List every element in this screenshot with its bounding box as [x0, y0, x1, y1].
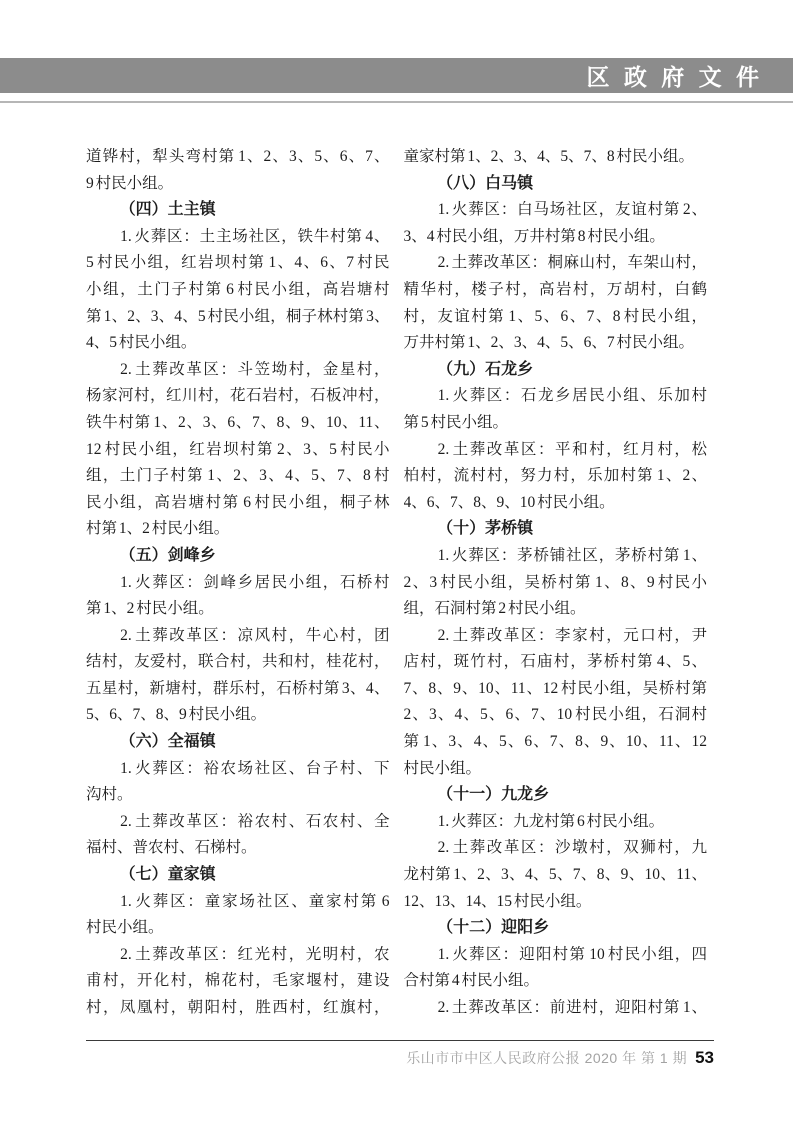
text-line: 5、6、7、8、9 村民小组。: [86, 702, 390, 729]
text-line: 2. 土葬改革区：沙墩村，双狮村，九: [404, 835, 708, 862]
text-line: 2. 土葬改革区：桐麻山村，车架山村，: [404, 250, 708, 277]
footer-rule: [86, 1040, 714, 1041]
text-line: 12、13、14、15 村民小组。: [404, 889, 708, 916]
text-line: 2. 土葬改革区：李家村，元口村，尹: [404, 623, 708, 650]
text-line: 2、3、4、5、6、7、10 村民小组，石洞村: [404, 702, 708, 729]
text-line: 2. 土葬改革区：前进村，迎阳村第 1、: [404, 995, 708, 1022]
text-line: 村，凤凰村，朝阳村，胜西村，红旗村，: [86, 995, 390, 1022]
text-line: 组，土门子村第 1、2、3、4、5、7、8 村: [86, 463, 390, 490]
text-line: 2. 土葬改革区：裕农村、石农村、全: [86, 809, 390, 836]
text-line: （十二）迎阳乡: [404, 915, 708, 942]
text-line: 第 1、2 村民小组。: [86, 596, 390, 623]
text-line: 村，友谊村第 1、5、6、7、8 村民小组，: [404, 304, 708, 331]
footer-journal: 乐山市市中区人民政府公报 2020 年 第 1 期: [406, 1050, 687, 1066]
text-line: 村民小组。: [86, 915, 390, 942]
text-line: 万井村第 1、2、3、4、5、6、7 村民小组。: [404, 330, 708, 357]
text-line: 1. 火葬区：九龙村第 6 村民小组。: [404, 809, 708, 836]
text-line: 村民小组。: [404, 756, 708, 783]
text-line: 柏村，流村村，努力村，乐加村第 1、2、3、: [404, 463, 708, 490]
text-line: 1. 火葬区：茅桥铺社区，茅桥村第 1、: [404, 543, 708, 570]
text-line: 第 1、3、4、5、6、7、8、9、10、11、12: [404, 729, 708, 756]
text-line: 7、8、9、10、11、12 村民小组，吴桥村第: [404, 676, 708, 703]
text-line: 2、3 村民小组，吴桥村第 1、8、9 村民小: [404, 570, 708, 597]
text-column-right: 童家村第 1、2、3、4、5、7、8 村民小组。 （八）白马镇 1. 火葬区：白…: [404, 144, 708, 1022]
text-line: （八）白马镇: [404, 171, 708, 198]
header-rule: [0, 101, 793, 103]
text-line: （四）土主镇: [86, 197, 390, 224]
text-line: 2. 土葬改革区：红光村，光明村，农: [86, 942, 390, 969]
text-line: 道铧村，犁头弯村第 1、2、3、5、6、7、8、: [86, 144, 390, 171]
text-line: 合村第 4 村民小组。: [404, 968, 708, 995]
document-body: 道铧村，犁头弯村第 1、2、3、5、6、7、8、 9 村民小组。 （四）土主镇 …: [86, 144, 707, 1022]
text-line: 小组，土门子村第 6 村民小组，高岩塘村: [86, 277, 390, 304]
footer-page-number: 53: [695, 1048, 714, 1067]
text-line: 12 村民小组，红岩坝村第 2、3、5 村民小: [86, 437, 390, 464]
text-line: 4、6、7、8、9、10 村民小组。: [404, 490, 708, 517]
text-line: 5 村民小组，红岩坝村第 1、4、6、7 村民: [86, 250, 390, 277]
text-line: 2. 土葬改革区：斗笠坳村，金星村，: [86, 357, 390, 384]
text-line: 1. 火葬区：剑峰乡居民小组，石桥村: [86, 570, 390, 597]
text-line: 龙村第 1、2、3、4、5、7、8、9、10、11、: [404, 862, 708, 889]
text-line: 第 5 村民小组。: [404, 410, 708, 437]
text-line: 第 1、2、3、4、5 村民小组，桐子林村第 3、: [86, 304, 390, 331]
text-line: 村第 1、2 村民小组。: [86, 516, 390, 543]
text-line: 店村，斑竹村，石庙村，茅桥村第 4、5、6、: [404, 649, 708, 676]
text-line: 结村，友爱村，联合村，共和村，桂花村，: [86, 649, 390, 676]
text-line: （五）剑峰乡: [86, 543, 390, 570]
text-line: 1. 火葬区：土主场社区，铁牛村第 4、: [86, 224, 390, 251]
text-line: 沟村。: [86, 782, 390, 809]
text-line: 精华村，楼子村，高岩村，万胡村，白鹤: [404, 277, 708, 304]
text-line: （七）童家镇: [86, 862, 390, 889]
text-line: 1. 火葬区：裕农场社区、台子村、下: [86, 756, 390, 783]
text-line: 铁牛村第 1、2、3、6、7、8、9、10、11、: [86, 410, 390, 437]
text-line: （十一）九龙乡: [404, 782, 708, 809]
text-line: 1. 火葬区：石龙乡居民小组、乐加村: [404, 383, 708, 410]
text-line: 民小组，高岩塘村第 6 村民小组，桐子林: [86, 490, 390, 517]
document-page: 区 政 府 文 件 道铧村，犁头弯村第 1、2、3、5、6、7、8、 9 村民小…: [0, 0, 793, 1122]
text-line: （九）石龙乡: [404, 357, 708, 384]
text-line: 2. 土葬改革区：凉风村，牛心村，团: [86, 623, 390, 650]
text-line: 杨家河村，红川村，花石岩村，石板冲村，: [86, 383, 390, 410]
text-line: 1. 火葬区：白马场社区，友谊村第 2、: [404, 197, 708, 224]
text-line: 4、5 村民小组。: [86, 330, 390, 357]
text-line: 3、4 村民小组，万井村第 8 村民小组。: [404, 224, 708, 251]
text-line: 2. 土葬改革区：平和村，红月村，松: [404, 437, 708, 464]
text-line: 甫村，开化村，棉花村，毛家堰村，建设: [86, 968, 390, 995]
text-line: 9 村民小组。: [86, 171, 390, 198]
header-title: 区 政 府 文 件: [586, 59, 763, 92]
text-line: 童家村第 1、2、3、4、5、7、8 村民小组。: [404, 144, 708, 171]
text-line: （六）全福镇: [86, 729, 390, 756]
page-footer: 乐山市市中区人民政府公报 2020 年 第 1 期53: [406, 1048, 714, 1068]
text-line: 福村、普农村、石梯村。: [86, 835, 390, 862]
text-line: 1. 火葬区：童家场社区、童家村第 6: [86, 889, 390, 916]
text-line: 1. 火葬区：迎阳村第 10 村民小组，四: [404, 942, 708, 969]
text-column-left: 道铧村，犁头弯村第 1、2、3、5、6、7、8、 9 村民小组。 （四）土主镇 …: [86, 144, 390, 1022]
header-bar: 区 政 府 文 件: [0, 58, 793, 93]
text-line: （十）茅桥镇: [404, 516, 708, 543]
text-line: 五星村，新塘村，群乐村，石桥村第 3、4、: [86, 676, 390, 703]
text-line: 组，石洞村第 2 村民小组。: [404, 596, 708, 623]
